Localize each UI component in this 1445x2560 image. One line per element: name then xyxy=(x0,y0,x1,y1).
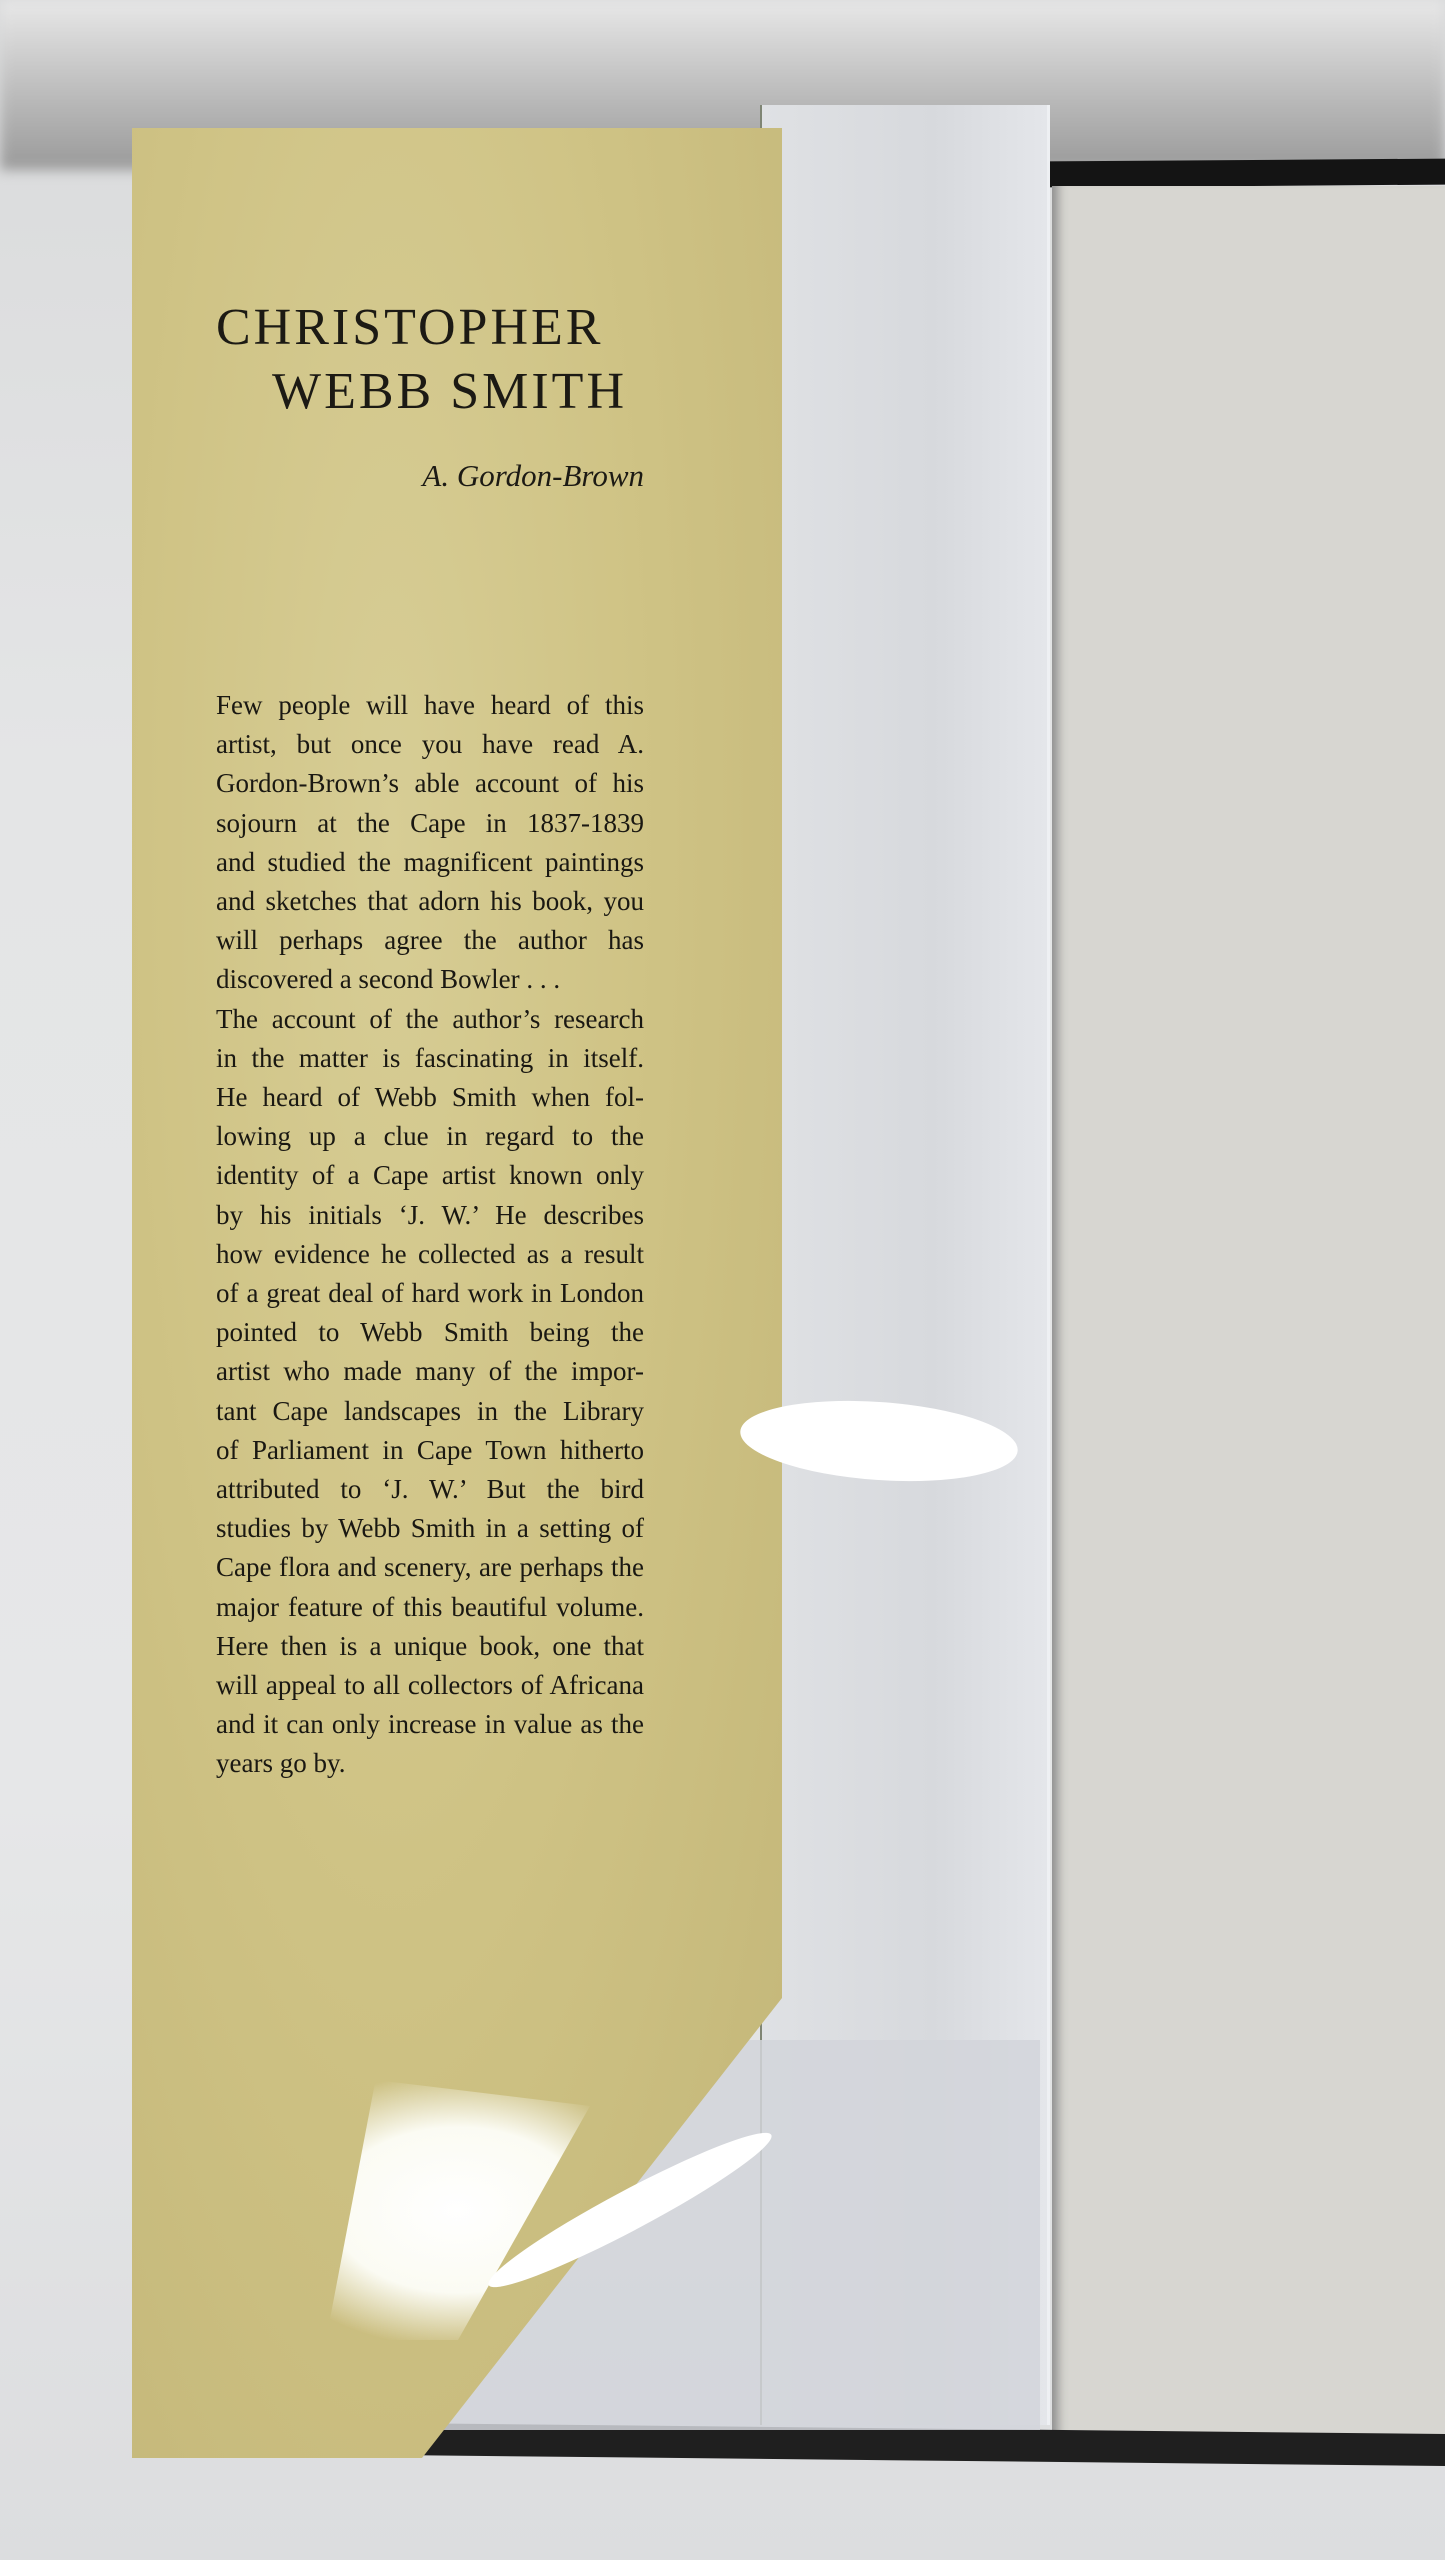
blurb-line: will appeal to all collectors of African… xyxy=(216,1666,644,1705)
blurb-line: years go by. xyxy=(216,1744,644,1783)
blurb-line: Few people will have heard of this xyxy=(216,686,644,725)
blurb-line: He heard of Webb Smith when fol- xyxy=(216,1078,644,1117)
blurb-line: in the matter is fascinating in itself. xyxy=(216,1039,644,1078)
blurb-line: sojourn at the Cape in 1837-1839 xyxy=(216,804,644,843)
blurb-line: Cape flora and scenery, are perhaps the xyxy=(216,1548,644,1587)
blurb-line: tant Cape landscapes in the Library xyxy=(216,1392,644,1431)
blurb-line: how evidence he collected as a result xyxy=(216,1235,644,1274)
blurb-line: studies by Webb Smith in a setting of xyxy=(216,1509,644,1548)
blurb-line: lowing up a clue in regard to the xyxy=(216,1117,644,1156)
blurb-line: attributed to ‘J. W.’ But the bird xyxy=(216,1470,644,1509)
blurb-line: major feature of this beautiful volume. xyxy=(216,1588,644,1627)
author-name: A. Gordon-Brown xyxy=(422,458,644,494)
blurb-line: will perhaps agree the author has xyxy=(216,921,644,960)
title-line-1: CHRISTOPHER xyxy=(216,296,776,360)
book-title: CHRISTOPHER WEBB SMITH xyxy=(216,296,776,424)
blurb-line: and studied the magnificent paintings xyxy=(216,843,644,882)
blurb-line: and it can only increase in value as the xyxy=(216,1705,644,1744)
title-line-2: WEBB SMITH xyxy=(216,360,776,424)
endpaper-page xyxy=(1052,186,1445,2436)
blurb-line: of a great deal of hard work in London xyxy=(216,1274,644,1313)
blurb-line: The account of the author’s research xyxy=(216,1000,644,1039)
blurb-line: and sketches that adorn his book, you xyxy=(216,882,644,921)
blurb-line: of Parliament in Cape Town hitherto xyxy=(216,1431,644,1470)
blurb-line: discovered a second Bowler . . . xyxy=(216,960,644,999)
blurb-line: artist, but once you have read A. xyxy=(216,725,644,764)
blurb-line: pointed to Webb Smith being the xyxy=(216,1313,644,1352)
blurb-line: Gordon-Brown’s able account of his xyxy=(216,764,644,803)
blurb-line: by his initials ‘J. W.’ He describes xyxy=(216,1196,644,1235)
hardcover-board-top-edge xyxy=(1045,159,1445,188)
blurb-line: artist who made many of the impor- xyxy=(216,1352,644,1391)
blurb-line: identity of a Cape artist known only xyxy=(216,1156,644,1195)
blurb-line: Here then is a unique book, one that xyxy=(216,1627,644,1666)
blurb-text: Few people will have heard of this artis… xyxy=(216,686,644,1784)
